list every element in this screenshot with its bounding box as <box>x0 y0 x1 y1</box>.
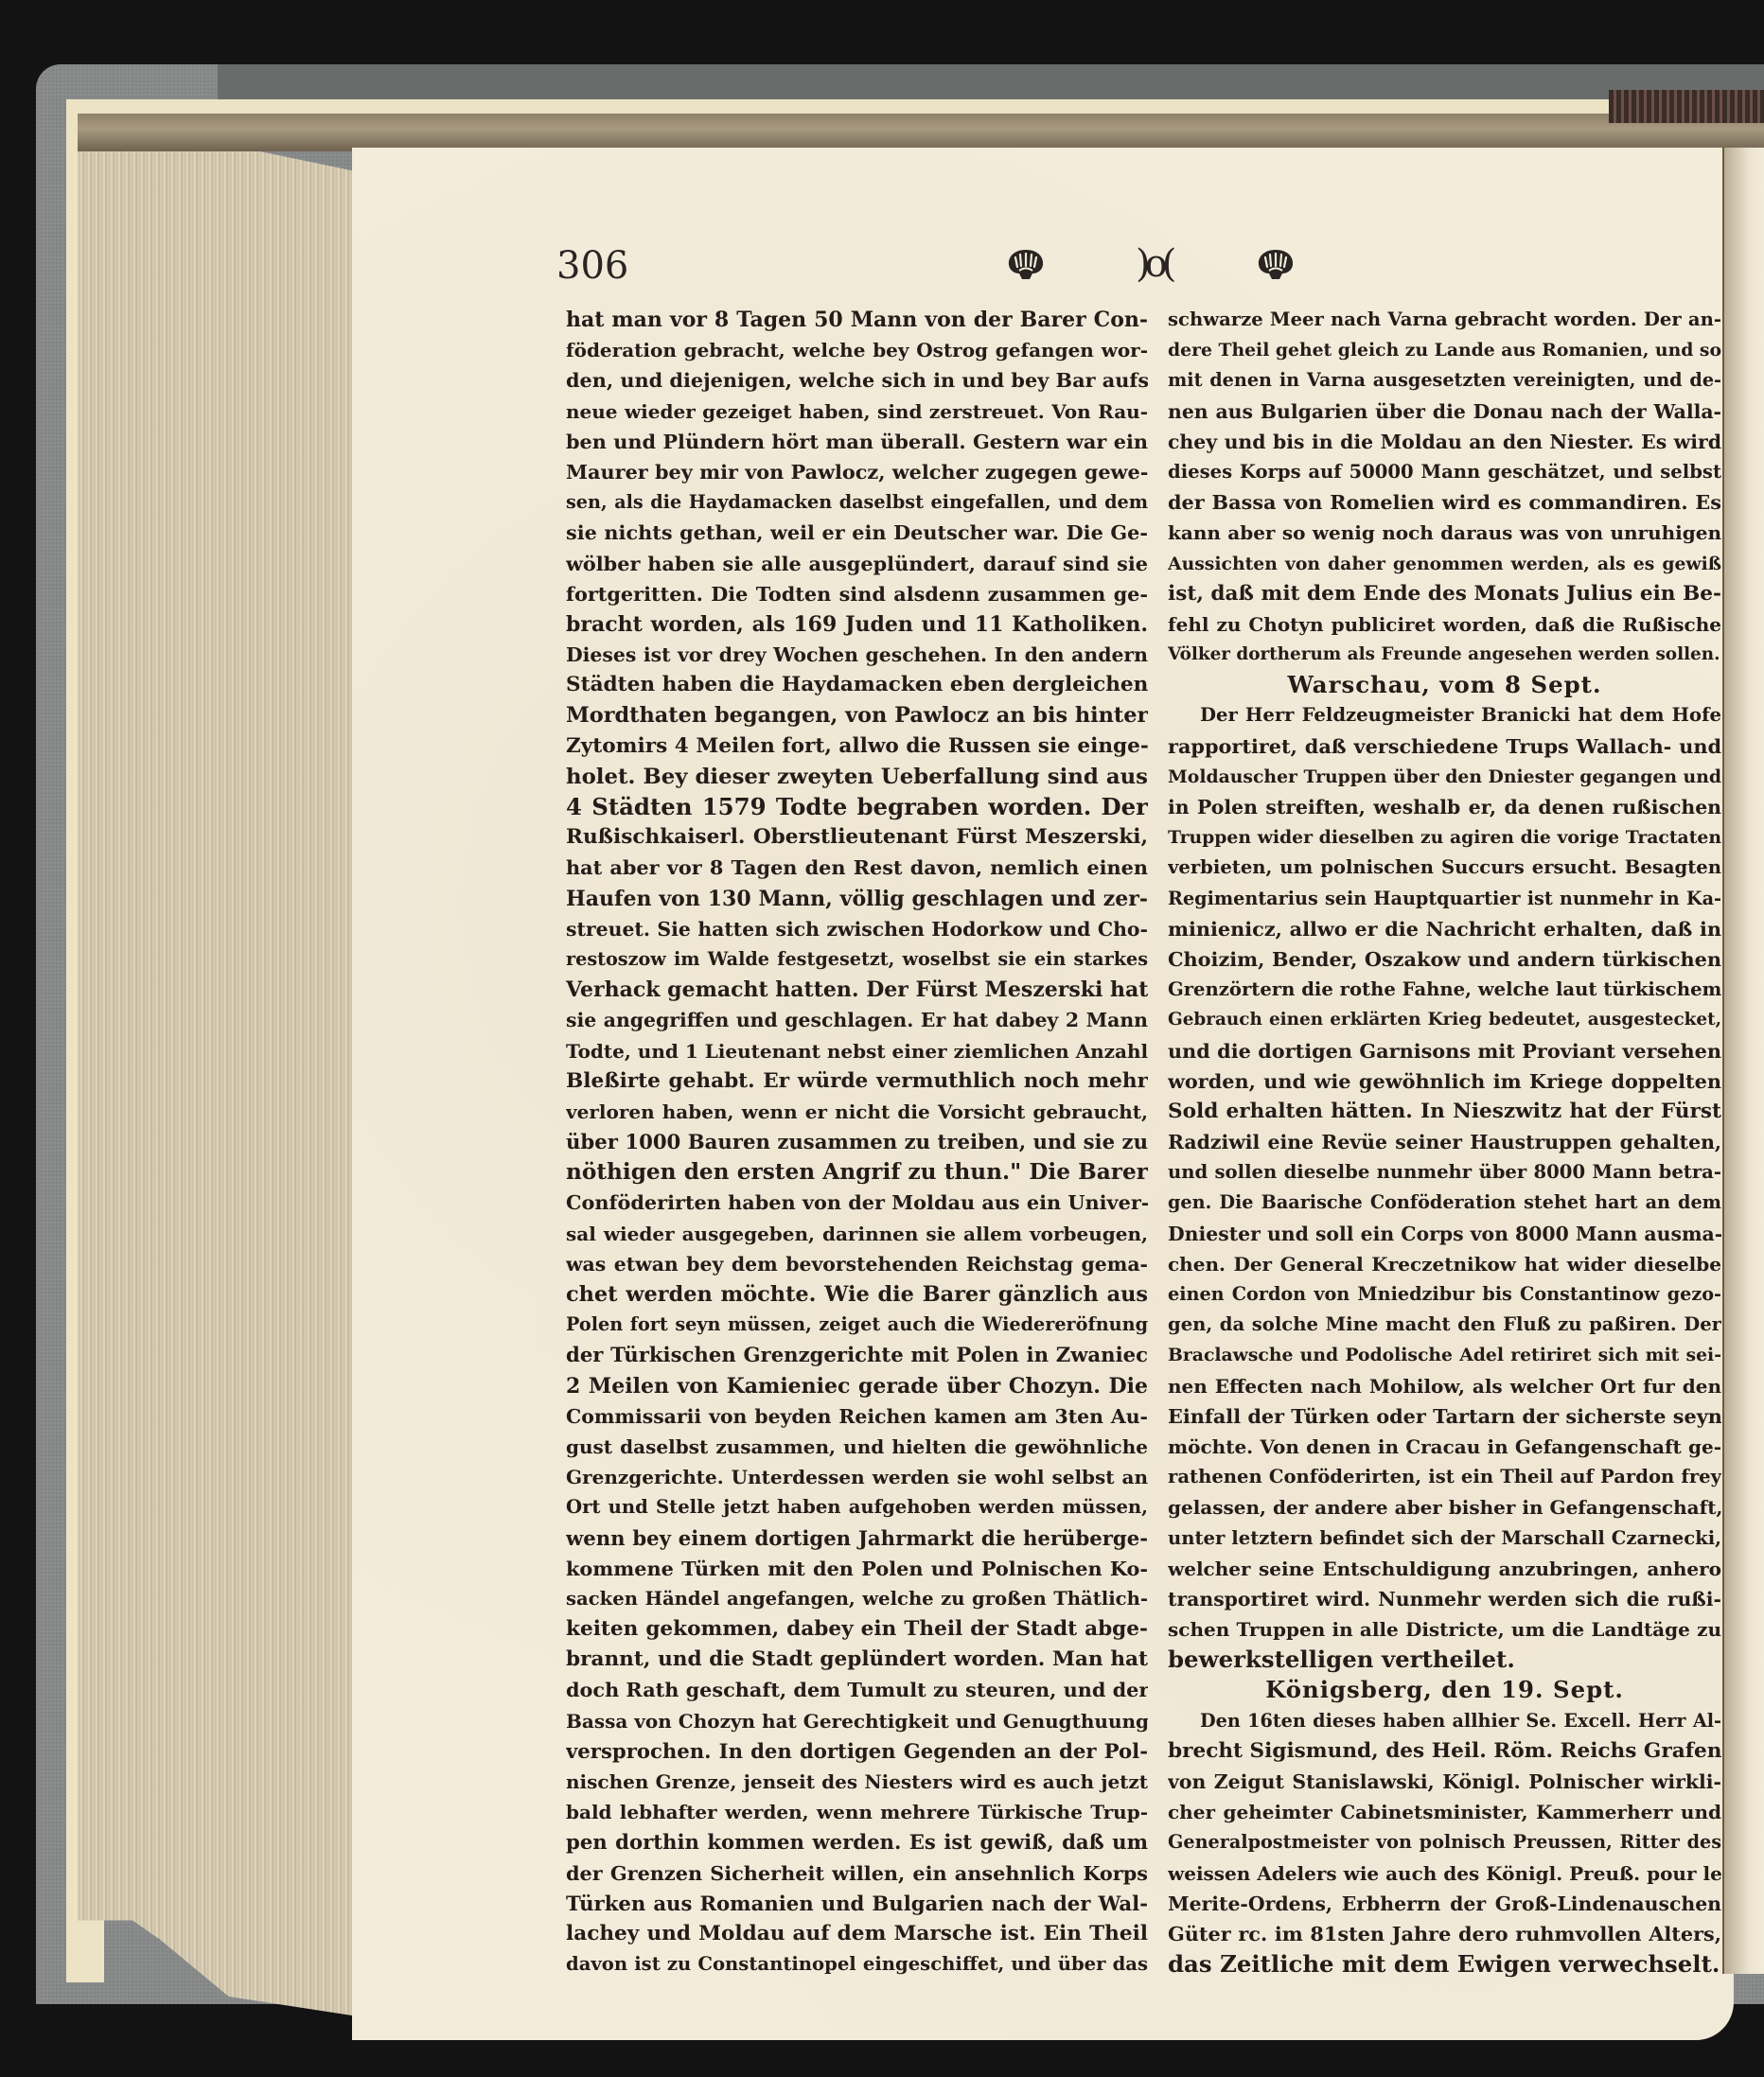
text-line: brecht Sigismund, des Heil. Röm. Reichs … <box>1168 1736 1721 1767</box>
text-line: bewerkstelligen vertheilet. <box>1168 1645 1721 1675</box>
text-line: Mordthaten begangen, von Pawlocz an bis … <box>566 700 1148 730</box>
text-line: welcher seine Entschuldigung anzubringen… <box>1168 1554 1721 1584</box>
text-line: keiten gekommen, dabey ein Theil der Sta… <box>566 1614 1148 1645</box>
text-line: Haufen von 130 Mann, völlig geschlagen u… <box>566 884 1148 914</box>
headband <box>1609 90 1764 123</box>
text-line: Regimentarius sein Hauptquartier ist nun… <box>1168 884 1721 914</box>
text-line: kann aber so wenig noch daraus was von u… <box>1168 518 1721 548</box>
page-gutter <box>1722 148 1764 1974</box>
text-line: neue wieder gezeiget haben, sind zerstre… <box>566 396 1148 427</box>
text-line: was etwan bey dem bevorstehenden Reichst… <box>566 1249 1148 1279</box>
page-stack-edges <box>78 114 352 2015</box>
text-line: chet werden möchte. Wie die Barer gänzli… <box>566 1279 1148 1310</box>
text-line: doch Rath geschaft, dem Tumult zu steure… <box>566 1675 1148 1705</box>
endpaper-top-edge <box>66 99 1764 114</box>
dateline-heading: Warschau, vom 8 Sept. <box>1168 670 1721 700</box>
text-line: Moldauscher Truppen über den Dniester ge… <box>1168 762 1721 792</box>
text-line: sie angegriffen und geschlagen. Er hat d… <box>566 1005 1148 1035</box>
text-line: chey und bis in die Moldau an den Nieste… <box>1168 427 1721 457</box>
text-line: bald lebhafter werden, wenn mehrere Türk… <box>566 1797 1148 1827</box>
text-line: Den 16ten dieses haben allhier Se. Excel… <box>1168 1706 1721 1736</box>
text-line: cher geheimter Cabinetsminister, Kammerh… <box>1168 1797 1721 1827</box>
dateline-heading: Königsberg, den 19. Sept. <box>1168 1675 1721 1705</box>
text-line: Rußischkaiserl. Oberstlieutenant Fürst M… <box>566 822 1148 853</box>
text-line: Dniester und soll ein Corps von 8000 Man… <box>1168 1219 1721 1249</box>
text-line: Türken aus Romanien und Bulgarien nach d… <box>566 1889 1148 1919</box>
text-line: Todte, und 1 Lieutenant nebst einer ziem… <box>566 1036 1148 1066</box>
text-line: Ort und Stelle jetzt haben aufgehoben we… <box>566 1492 1148 1523</box>
text-line: gen, da solche Mine macht den Fluß zu pa… <box>1168 1310 1721 1340</box>
text-line: 2 Meilen von Kamieniec gerade über Chozy… <box>566 1371 1148 1401</box>
text-line: unter letztern befindet sich der Marscha… <box>1168 1523 1721 1554</box>
text-line: hat aber vor 8 Tagen den Rest davon, nem… <box>566 853 1148 883</box>
text-line: 4 Städten 1579 Todte begraben worden. De… <box>566 792 1148 822</box>
text-line: nöthigen den ersten Angrif zu thun." Die… <box>566 1157 1148 1188</box>
text-line: Der Herr Feldzeugmeister Branicki hat de… <box>1168 700 1721 730</box>
text-line: worden, und wie gewöhnlich im Kriege dop… <box>1168 1066 1721 1097</box>
text-line: schen Truppen in alle Districte, um die … <box>1168 1614 1721 1645</box>
text-line: dieses Korps auf 50000 Mann geschätzet, … <box>1168 457 1721 487</box>
text-line: Bassa von Chozyn hat Gerechtigkeit und G… <box>566 1706 1148 1736</box>
text-line: wenn bey einem dortigen Jahrmarkt die he… <box>566 1523 1148 1554</box>
text-line: wölber haben sie alle ausgeplündert, dar… <box>566 549 1148 579</box>
text-line: nischen Grenze, jenseit des Niesters wir… <box>566 1767 1148 1797</box>
text-line: Zytomirs 4 Meilen fort, allwo die Russen… <box>566 731 1148 762</box>
text-line: Einfall der Türken oder Tartarn der sich… <box>1168 1401 1721 1432</box>
text-line: Maurer bey mir von Pawlocz, welcher zuge… <box>566 457 1148 487</box>
text-line: schwarze Meer nach Varna gebracht worden… <box>1168 305 1721 335</box>
text-line: den, und diejenigen, welche sich in und … <box>566 365 1148 396</box>
text-line: der Bassa von Romelien wird es commandir… <box>1168 487 1721 518</box>
text-line: rapportiret, daß verschiedene Trups Wall… <box>1168 731 1721 762</box>
text-line: Radziwil eine Revüe seiner Haustruppen g… <box>1168 1127 1721 1157</box>
shell-ornament-icon <box>1256 248 1296 282</box>
text-line: von Zeigut Stanislawski, Königl. Polnisc… <box>1168 1767 1721 1797</box>
text-line: davon ist zu Constantinopel eingeschiffe… <box>566 1949 1148 1980</box>
text-line: restoszow im Walde festgesetzt, woselbst… <box>566 944 1148 975</box>
text-line: der Grenzen Sicherheit willen, ein anseh… <box>566 1858 1148 1889</box>
text-line: föderation gebracht, welche bey Ostrog g… <box>566 335 1148 365</box>
text-line: Dieses ist vor drey Wochen geschehen. In… <box>566 640 1148 670</box>
text-line: Völker dortherum als Freunde angesehen w… <box>1168 640 1721 670</box>
text-line: versprochen. In den dortigen Gegenden an… <box>566 1736 1148 1767</box>
text-line: transportiret wird. Nunmehr werden sich … <box>1168 1584 1721 1614</box>
text-line: Generalpostmeister von polnisch Preussen… <box>1168 1827 1721 1857</box>
text-line: lachey und Moldau auf dem Marsche ist. E… <box>566 1919 1148 1949</box>
text-line: nen Effecten nach Mohilow, als welcher O… <box>1168 1371 1721 1401</box>
text-line: Polen fort seyn müssen, zeiget auch die … <box>566 1310 1148 1340</box>
text-line: gen. Die Baarische Conföderation stehet … <box>1168 1188 1721 1218</box>
text-line: Güter rc. im 81sten Jahre dero ruhmvolle… <box>1168 1919 1721 1949</box>
text-line: ist, daß mit dem Ende des Monats Julius … <box>1168 579 1721 609</box>
text-line: bracht worden, als 169 Juden und 11 Kath… <box>566 609 1148 640</box>
text-line: Braclawsche und Podolische Adel retirire… <box>1168 1340 1721 1370</box>
text-line: pen dorthin kommen werden. Es ist gewiß,… <box>566 1827 1148 1857</box>
text-line: und sollen dieselbe nunmehr über 8000 Ma… <box>1168 1157 1721 1188</box>
text-line: gust daselbst zusammen, und hielten die … <box>566 1432 1148 1462</box>
text-line: minienicz, allwo er die Nachricht erhalt… <box>1168 914 1721 944</box>
text-line: Merite-Ordens, Erbherrn der Groß-Lindena… <box>1168 1889 1721 1919</box>
text-line: fehl zu Chotyn publiciret worden, daß di… <box>1168 609 1721 640</box>
text-line: über 1000 Bauren zusammen zu treiben, un… <box>566 1127 1148 1157</box>
text-line: brannt, und die Stadt geplündert worden.… <box>566 1645 1148 1675</box>
text-line: Commissarii von beyden Reichen kamen am … <box>566 1401 1148 1432</box>
text-line: rathenen Conföderirten, ist ein Theil au… <box>1168 1462 1721 1492</box>
text-line: Grenzörtern die rothe Fahne, welche laut… <box>1168 975 1721 1005</box>
text-line: hat man vor 8 Tagen 50 Mann von der Bare… <box>566 305 1148 335</box>
text-line: Bleßirte gehabt. Er würde vermuthlich no… <box>566 1066 1148 1097</box>
text-line: möchte. Von denen in Cracau in Gefangens… <box>1168 1432 1721 1462</box>
divider-ornament: )o( <box>1136 242 1171 286</box>
page-stack-top <box>78 114 1764 151</box>
text-line: kommene Türken mit den Polen und Polnisc… <box>566 1554 1148 1584</box>
text-line: in Polen streiften, weshalb er, da denen… <box>1168 792 1721 822</box>
text-line: Grenzgerichte. Unterdessen werden sie wo… <box>566 1462 1148 1492</box>
text-line: Truppen wider dieselben zu agiren die vo… <box>1168 822 1721 853</box>
text-line: Städten haben die Haydamacken eben dergl… <box>566 670 1148 700</box>
text-line: Aussichten von daher genommen werden, al… <box>1168 549 1721 579</box>
page-number: 306 <box>556 244 628 288</box>
text-line: sal wieder ausgegeben, darinnen sie alle… <box>566 1219 1148 1249</box>
book-cover-top <box>218 64 1764 102</box>
text-line: sie nichts gethan, weil er ein Deutscher… <box>566 518 1148 548</box>
text-line: Sold erhalten hätten. In Nieszwitz hat d… <box>1168 1097 1721 1127</box>
left-text-column: hat man vor 8 Tagen 50 Mann von der Bare… <box>566 305 1148 1980</box>
text-line: verloren haben, wenn er nicht die Vorsic… <box>566 1097 1148 1127</box>
text-line: einen Cordon von Mniedzibur bis Constant… <box>1168 1279 1721 1310</box>
text-line: holet. Bey dieser zweyten Ueberfallung s… <box>566 762 1148 792</box>
text-line: sacken Händel angefangen, welche zu groß… <box>566 1584 1148 1614</box>
text-line: Conföderirten haben von der Moldau aus e… <box>566 1188 1148 1218</box>
text-line: Verhack gemacht hatten. Der Fürst Meszer… <box>566 975 1148 1005</box>
text-line: verbieten, um polnischen Succurs ersucht… <box>1168 853 1721 883</box>
right-text-column: schwarze Meer nach Varna gebracht worden… <box>1168 305 1721 1980</box>
text-line: das Zeitliche mit dem Ewigen verwechselt… <box>1168 1949 1721 1980</box>
text-line: fortgeritten. Die Todten sind alsdenn zu… <box>566 579 1148 609</box>
text-line: dere Theil gehet gleich zu Lande aus Rom… <box>1168 335 1721 365</box>
text-line: nen aus Bulgarien über die Donau nach de… <box>1168 396 1721 427</box>
text-line: chen. Der General Kreczetnikow hat wider… <box>1168 1249 1721 1279</box>
text-line: ben und Plündern hört man überall. Geste… <box>566 427 1148 457</box>
text-line: mit denen in Varna ausgesetzten vereinig… <box>1168 365 1721 396</box>
text-line: und die dortigen Garnisons mit Proviant … <box>1168 1036 1721 1066</box>
text-line: sen, als die Haydamacken daselbst eingef… <box>566 487 1148 518</box>
text-line: der Türkischen Grenzgerichte mit Polen i… <box>566 1340 1148 1370</box>
shell-ornament-icon <box>1006 248 1046 282</box>
text-line: weissen Adelers wie auch des Königl. Pre… <box>1168 1858 1721 1889</box>
text-line: streuet. Sie hatten sich zwischen Hodork… <box>566 914 1148 944</box>
text-line: Choizim, Bender, Oszakow und andern türk… <box>1168 944 1721 975</box>
text-line: Gebrauch einen erklärten Krieg bedeutet,… <box>1168 1005 1721 1035</box>
text-line: gelassen, der andere aber bisher in Gefa… <box>1168 1492 1721 1523</box>
